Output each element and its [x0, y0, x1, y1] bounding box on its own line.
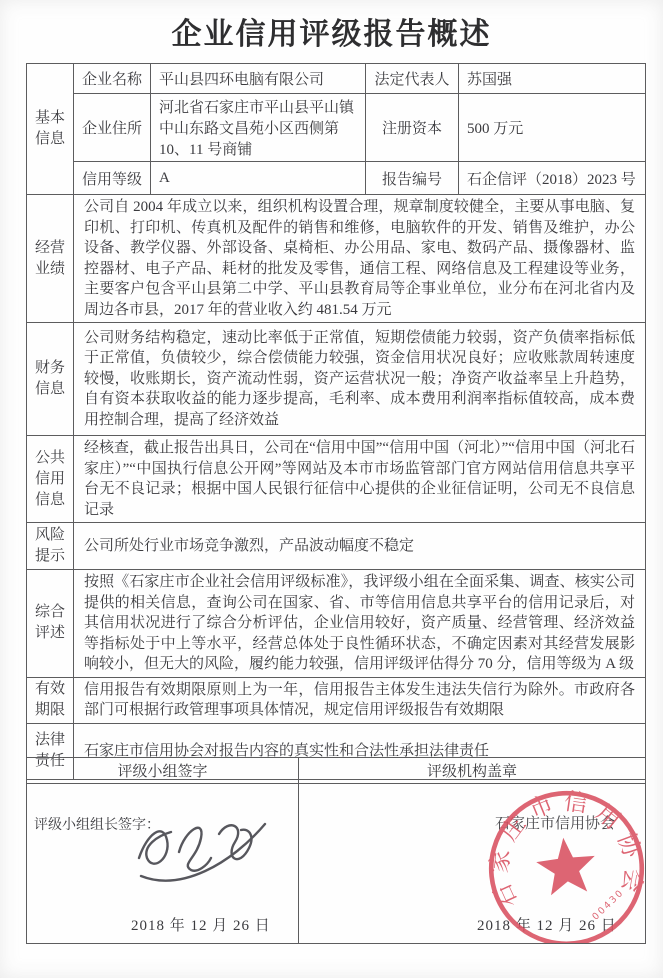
section-text-validity: 信用报告有效期限原则上为一年，信用报告主体发生违法失信行为除外。市政府各部门可根…: [74, 677, 646, 723]
address-label: 企业住所: [74, 94, 151, 162]
section-label-finance: 财务信息: [27, 323, 74, 436]
company-name-label: 企业名称: [74, 64, 151, 94]
table-row: 企业住所 河北省石家庄市平山县平山镇中山东路文昌苑小区西侧第 10、11 号商铺…: [27, 94, 646, 162]
seal-arc-text: 石家庄市信用协会: [478, 784, 645, 913]
section-label-summary: 综合评述: [27, 570, 74, 678]
table-row: 公共信用信息 经核查，截止报告出具日，公司在“信用中国”“信用中国（河北）”“信…: [27, 436, 646, 523]
section-label-business: 经营业绩: [27, 195, 74, 323]
credit-grade-label: 信用等级: [74, 162, 151, 195]
scanned-report-page: 企业信用评级报告概述 基本信息 企业名称 平山县四环电脑有限公司 法定代表人 苏…: [0, 0, 663, 978]
agency-seal-header: 评级机构盖章: [299, 758, 646, 784]
page-title: 企业信用评级报告概述: [0, 16, 663, 54]
section-text-summary: 按照《石家庄市企业社会信用评级标准》，我评级小组在全面采集、调查、核实公司提供的…: [74, 570, 646, 678]
table-row: 信用等级 A 报告编号 石企信评（2018）2023 号: [27, 162, 646, 195]
report-no-label: 报告编号: [366, 162, 459, 195]
table-row: 评级小组组长签字： 2018 年 12 月 26 日 石家庄市信用协会 2018…: [27, 784, 646, 944]
section-text-public-credit: 经核查，截止报告出具日，公司在“信用中国”“信用中国（河北）”“信用中国（河北石…: [74, 436, 646, 523]
agency-seal-cell: 石家庄市信用协会 2018 年 12 月 26 日 石家庄市信用协会 00430: [299, 784, 646, 944]
credit-report-table: 基本信息 企业名称 平山县四环电脑有限公司 法定代表人 苏国强 企业住所 河北省…: [26, 63, 646, 780]
handwritten-signature: [127, 802, 277, 902]
credit-grade-value: A: [151, 162, 366, 195]
signoff-table: 评级小组签字 评级机构盖章 评级小组组长签字： 2018 年 12 月 26 日…: [26, 757, 646, 944]
legal-rep-label: 法定代表人: [366, 64, 459, 94]
section-label-basic-info: 基本信息: [27, 64, 74, 195]
company-name-value: 平山县四环电脑有限公司: [151, 64, 366, 94]
agency-name-text: 石家庄市信用协会: [495, 812, 615, 833]
table-row: 经营业绩 公司自 2004 年成立以来，组织机构设置合理，规章制度较健全，主要从…: [27, 195, 646, 323]
legal-rep-value: 苏国强: [459, 64, 646, 94]
team-sign-date: 2018 年 12 月 26 日: [131, 914, 271, 935]
capital-value: 500 万元: [459, 94, 646, 162]
address-value: 河北省石家庄市平山县平山镇中山东路文昌苑小区西侧第 10、11 号商铺: [151, 94, 366, 162]
table-row: 基本信息 企业名称 平山县四环电脑有限公司 法定代表人 苏国强: [27, 64, 646, 94]
team-signature-cell: 评级小组组长签字： 2018 年 12 月 26 日: [27, 784, 299, 944]
section-label-public-credit: 公共信用信息: [27, 436, 74, 523]
section-text-risk: 公司所处行业市场竞争激烈，产品波动幅度不稳定: [74, 523, 646, 570]
section-label-validity: 有效期限: [27, 677, 74, 723]
table-row: 综合评述 按照《石家庄市企业社会信用评级标准》，我评级小组在全面采集、调查、核实…: [27, 570, 646, 678]
section-text-business: 公司自 2004 年成立以来，组织机构设置合理，规章制度较健全，主要从事电脑、复…: [74, 195, 646, 323]
table-row: 评级小组签字 评级机构盖章: [27, 758, 646, 784]
capital-label: 注册资本: [366, 94, 459, 162]
section-text-finance: 公司财务结构稳定，速动比率低于正常值，短期偿债能力较弱，资产负债率指标低于正常值…: [74, 323, 646, 436]
section-label-risk: 风险提示: [27, 523, 74, 570]
table-row: 风险提示 公司所处行业市场竞争激烈，产品波动幅度不稳定: [27, 523, 646, 570]
report-no-value: 石企信评（2018）2023 号: [459, 162, 646, 195]
agency-seal-date: 2018 年 12 月 26 日: [477, 914, 617, 935]
table-row: 财务信息 公司财务结构稳定，速动比率低于正常值，短期偿债能力较弱，资产负债率指标…: [27, 323, 646, 436]
table-row: 有效期限 信用报告有效期限原则上为一年，信用报告主体发生违法失信行为除外。市政府…: [27, 677, 646, 723]
team-signature-header: 评级小组签字: [27, 758, 299, 784]
seal-star: [534, 835, 598, 897]
